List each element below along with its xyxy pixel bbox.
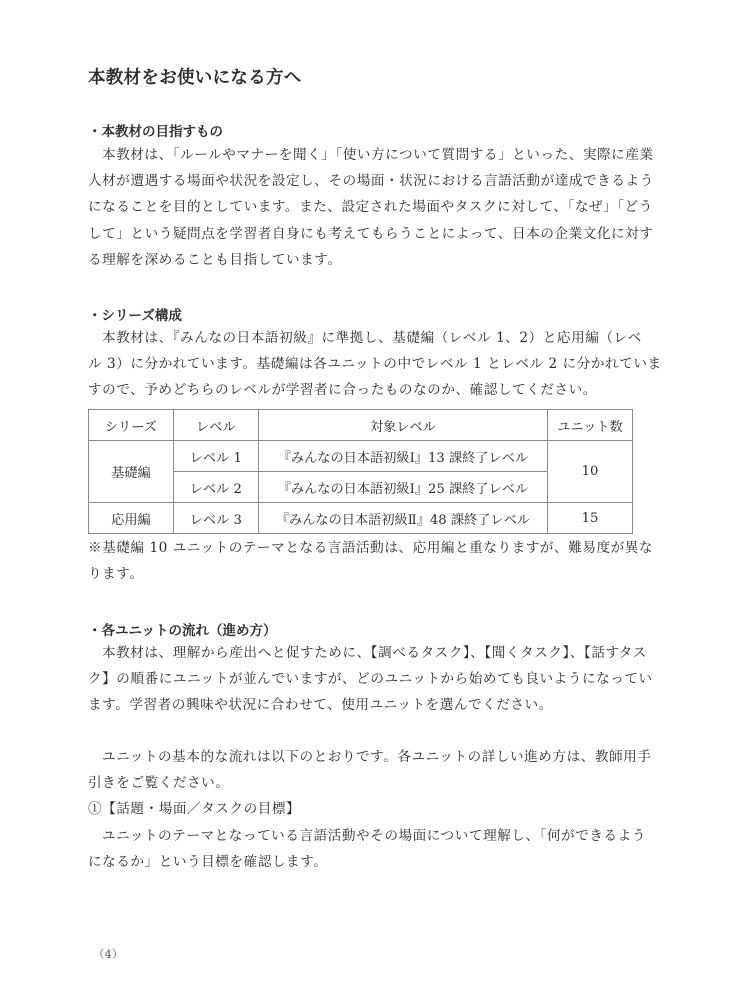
section-heading-unit-flow: ・各ユニットの流れ（進め方） (88, 619, 276, 639)
text-line: ります。 (88, 561, 634, 587)
page-number: （4） (93, 946, 123, 962)
text-line: ※基礎編 10 ユニットのテーマとなる言語活動は、応用編と重なりますが、難易度が… (88, 535, 634, 561)
table-note: ※基礎編 10 ユニットのテーマとなる言語活動は、応用編と重なりますが、難易度が… (88, 535, 634, 587)
cell-target: 『みんなの日本語初級Ⅰ』25 課終了レベル (258, 472, 547, 503)
text-line: すので、予めどちらのレベルが学習者に合ったものなのか、確認してください。 (88, 377, 634, 403)
cell-series: 応用編 (89, 503, 174, 534)
series-level-table: シリーズ レベル 対象レベル ユニット数 基礎編 レベル 1 『みんなの日本語初… (88, 409, 633, 534)
text-line: ク】の順番にユニットが並んでいますが、どのユニットから始めても良いようになってい (88, 666, 634, 692)
table-row: 基礎編 レベル 1 『みんなの日本語初級Ⅰ』13 課終了レベル 10 (89, 441, 633, 472)
text-line: になるか」という目標を確認します。 (88, 849, 634, 875)
step-1-label: ①【話題・場面／タスクの目標】 (88, 796, 634, 822)
unit-flow-paragraph: 本教材は、理解から産出へと促すために、【調べるタスク】、【聞くタスク】、【話すタ… (88, 640, 634, 719)
header-target-level: 対象レベル (258, 410, 547, 441)
text-line: ユニットの基本的な流れは以下のとおりです。各ユニットの詳しい進め方は、教師用手 (88, 744, 634, 770)
header-level: レベル (173, 410, 258, 441)
text-line: ユニットのテーマとなっている言語活動やその場面について理解し、「何ができるよう (88, 823, 634, 849)
text-line: 人材が遭遇する場面や状況を設定し、その場面・状況における言語活動が達成できるよう (88, 168, 634, 194)
text-line: 本教材は、理解から産出へと促すために、【調べるタスク】、【聞くタスク】、【話すタ… (88, 640, 634, 666)
cell-units: 10 (548, 441, 633, 503)
text-line: ます。学習者の興味や状況に合わせて、使用ユニットを選んでください。 (88, 692, 634, 718)
header-series: シリーズ (89, 410, 174, 441)
cell-level: レベル 2 (173, 472, 258, 503)
text-line: 本教材は、「ルールやマナーを聞く」「使い方について質問する」といった、実際に産業 (88, 142, 634, 168)
section-heading-aims: ・本教材の目指すもの (88, 120, 223, 140)
document-page: 本教材をお使いになる方へ ・本教材の目指すもの 本教材は、「ルールやマナーを聞く… (0, 0, 729, 1005)
basic-flow-paragraph: ユニットの基本的な流れは以下のとおりです。各ユニットの詳しい進め方は、教師用手 … (88, 744, 634, 875)
aims-paragraph: 本教材は、「ルールやマナーを聞く」「使い方について質問する」といった、実際に産業… (88, 142, 634, 273)
cell-level: レベル 1 (173, 441, 258, 472)
text-line: 引きをご覧ください。 (88, 770, 634, 796)
text-line: になることを目的としています。また、設定された場面やタスクに対して、「なぜ」「ど… (88, 194, 634, 220)
section-heading-series: ・シリーズ構成 (88, 304, 182, 324)
cell-level: レベル 3 (173, 503, 258, 534)
cell-units: 15 (548, 503, 633, 534)
table-header-row: シリーズ レベル 対象レベル ユニット数 (89, 410, 633, 441)
text-line: る理解を深めることも目指しています。 (88, 247, 634, 273)
text-line: ル 3）に分かれています。基礎編は各ユニットの中でレベル 1 とレベル 2 に分… (88, 351, 634, 377)
series-paragraph: 本教材は、『みんなの日本語初級』に準拠し、基礎編（レベル 1、2）と応用編（レベ… (88, 325, 634, 404)
header-unit-count: ユニット数 (548, 410, 633, 441)
page-title: 本教材をお使いになる方へ (88, 64, 302, 89)
cell-target: 『みんなの日本語初級Ⅱ』48 課終了レベル (258, 503, 547, 534)
text-line: 本教材は、『みんなの日本語初級』に準拠し、基礎編（レベル 1、2）と応用編（レベ (88, 325, 634, 351)
cell-series: 基礎編 (89, 441, 174, 503)
table-row: 応用編 レベル 3 『みんなの日本語初級Ⅱ』48 課終了レベル 15 (89, 503, 633, 534)
text-line: して」という疑問点を学習者自身にも考えてもらうことによって、日本の企業文化に対す (88, 221, 634, 247)
cell-target: 『みんなの日本語初級Ⅰ』13 課終了レベル (258, 441, 547, 472)
